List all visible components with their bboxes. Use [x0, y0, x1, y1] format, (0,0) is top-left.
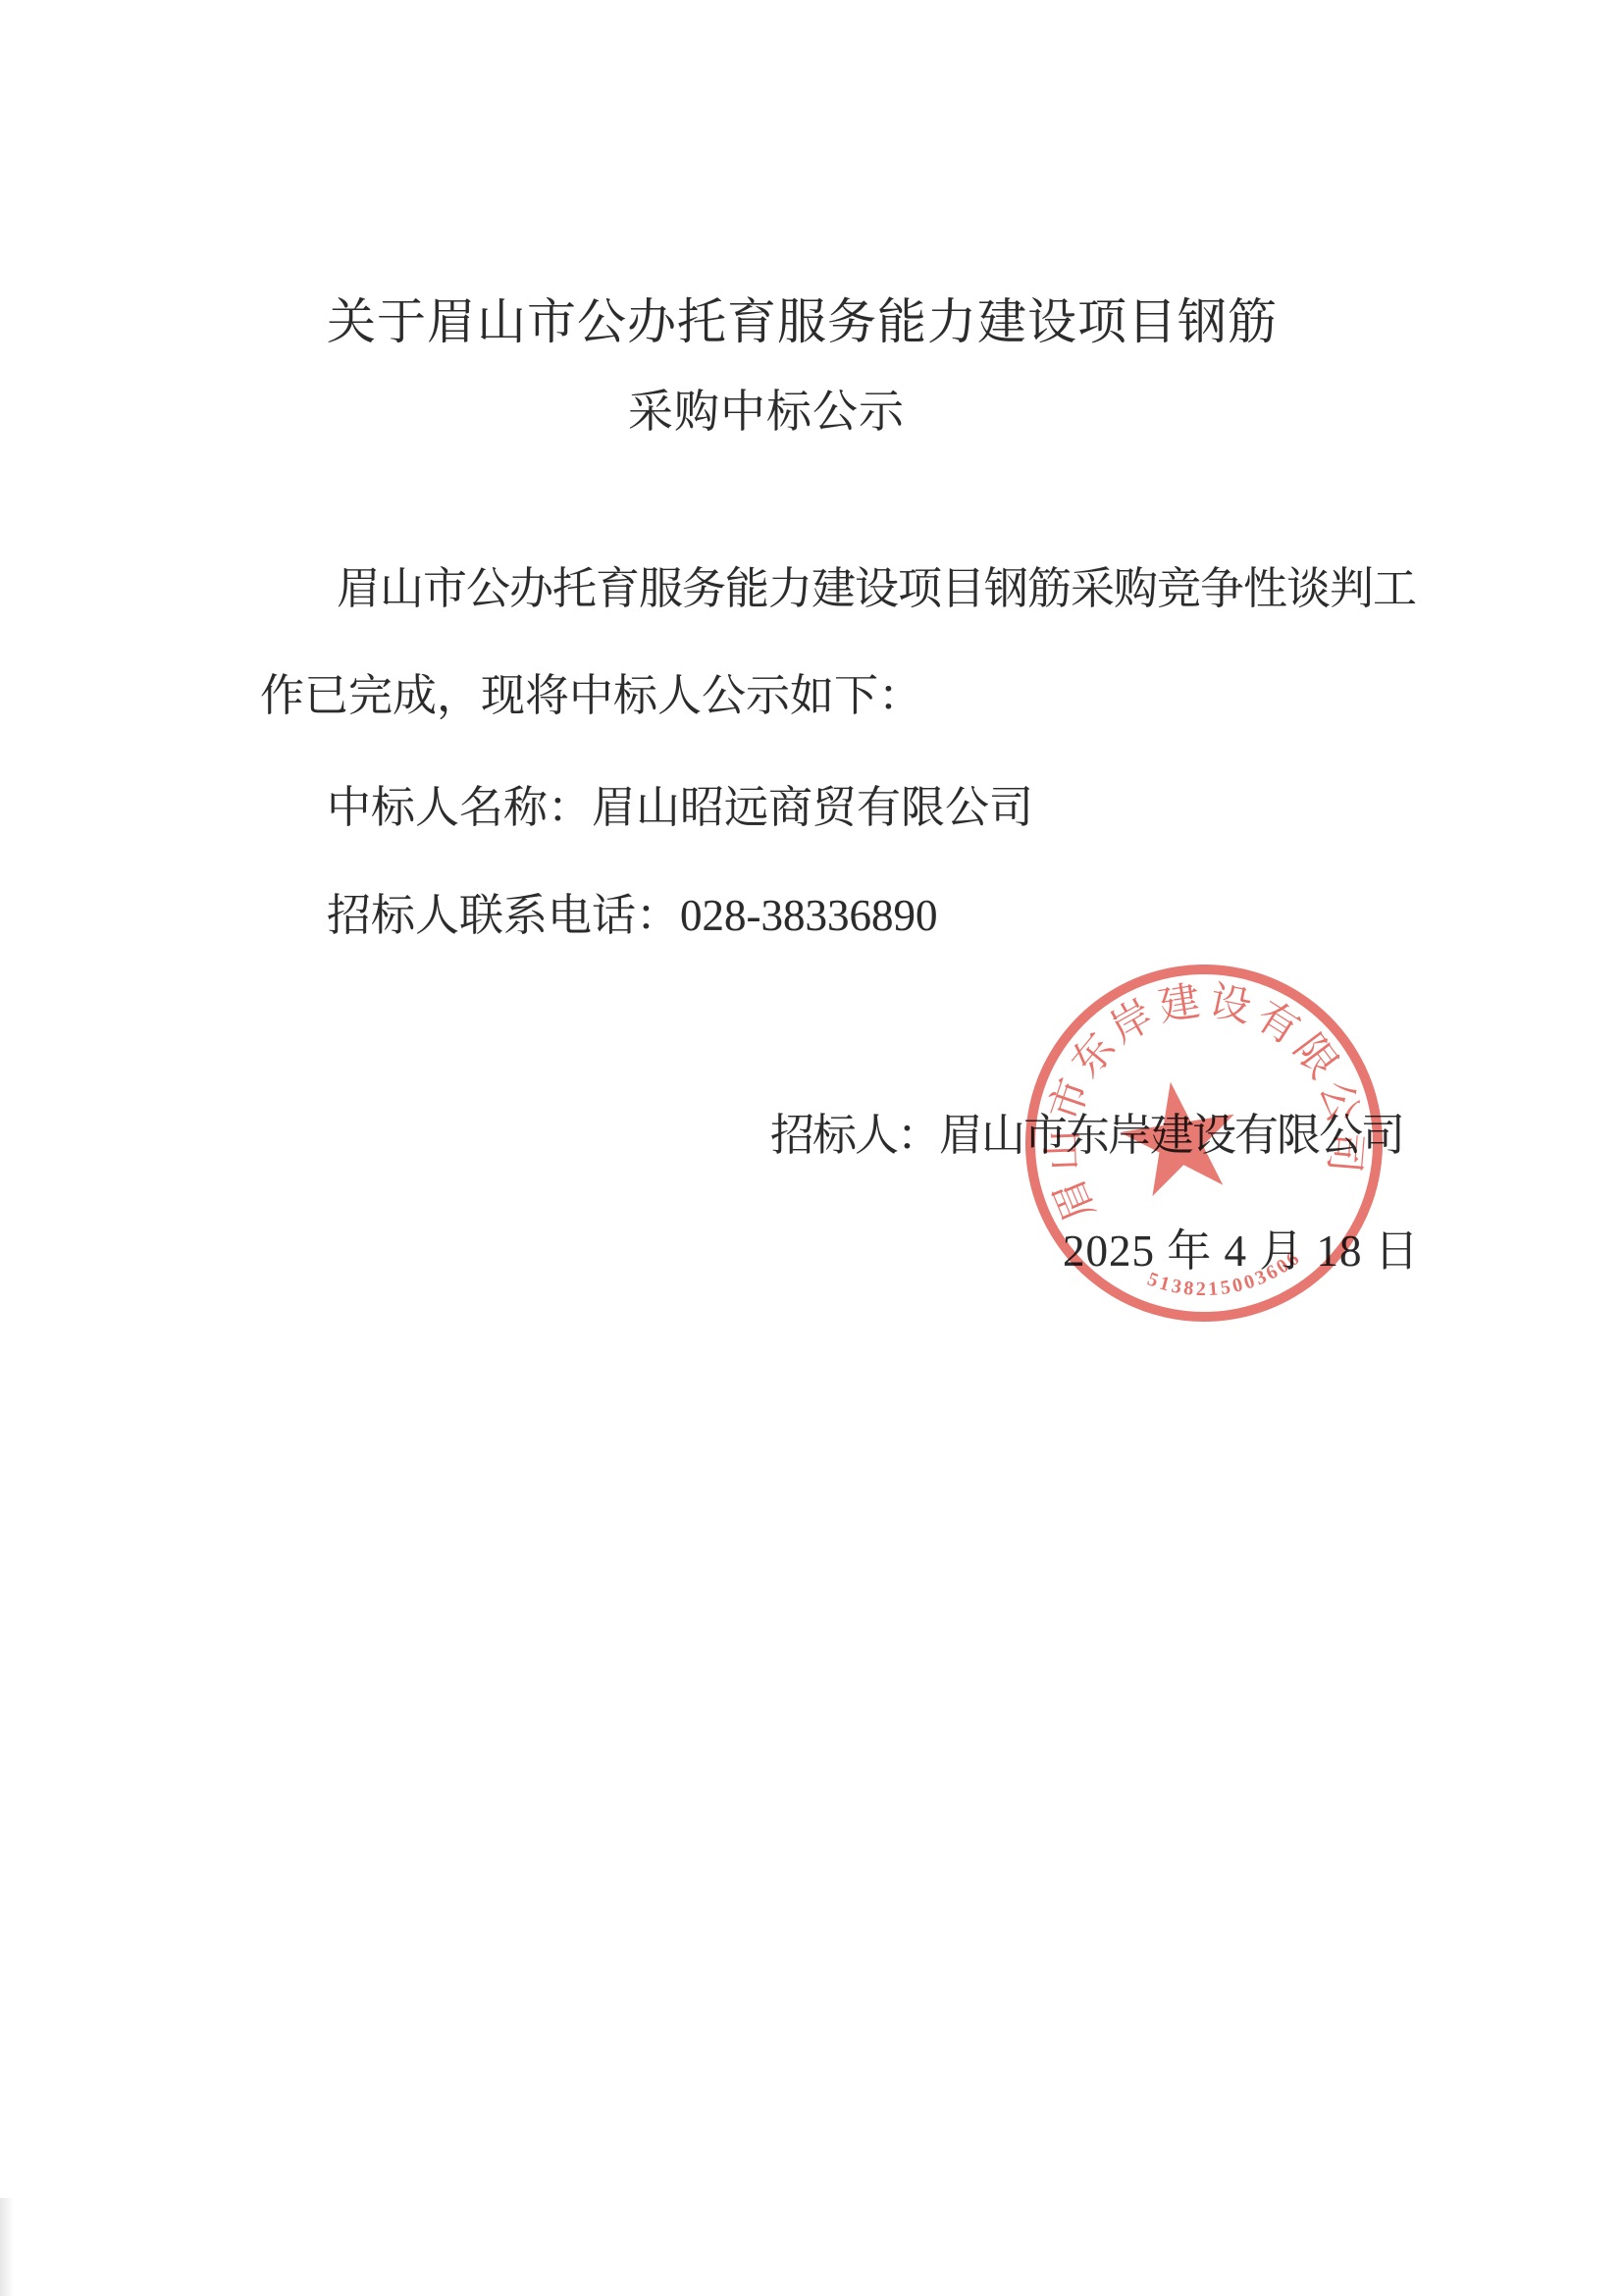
- scan-artifact-bottom-left: [0, 2198, 14, 2296]
- winner-name-line: 中标人名称：眉山昭远商贸有限公司: [327, 771, 1033, 835]
- seal-company-arc: 眉山市东岸建设有限公司: [1016, 965, 1376, 1229]
- tenderer-signature-line: 招标人：眉山市东岸建设有限公司: [770, 1099, 1403, 1163]
- body-paragraph-line1: 眉山市公办托育服务能力建设项目钢筋采购竞争性谈判工: [337, 552, 1416, 616]
- document-title-line1: 关于眉山市公办托育服务能力建设项目钢筋: [327, 283, 1278, 353]
- document-date-line: 2025 年 4 月 18 日: [1063, 1215, 1420, 1278]
- body-paragraph-line2: 作已完成，现将中标人公示如下：: [260, 659, 922, 723]
- document-title-line2: 采购中标公示: [628, 376, 905, 441]
- document-page: 关于眉山市公办托育服务能力建设项目钢筋 采购中标公示 眉山市公办托育服务能力建设…: [0, 0, 1623, 2296]
- seal-company-text: 眉山市东岸建设有限公司: [1016, 965, 1376, 1229]
- contact-phone-line: 招标人联系电话：028-38336890: [327, 879, 938, 943]
